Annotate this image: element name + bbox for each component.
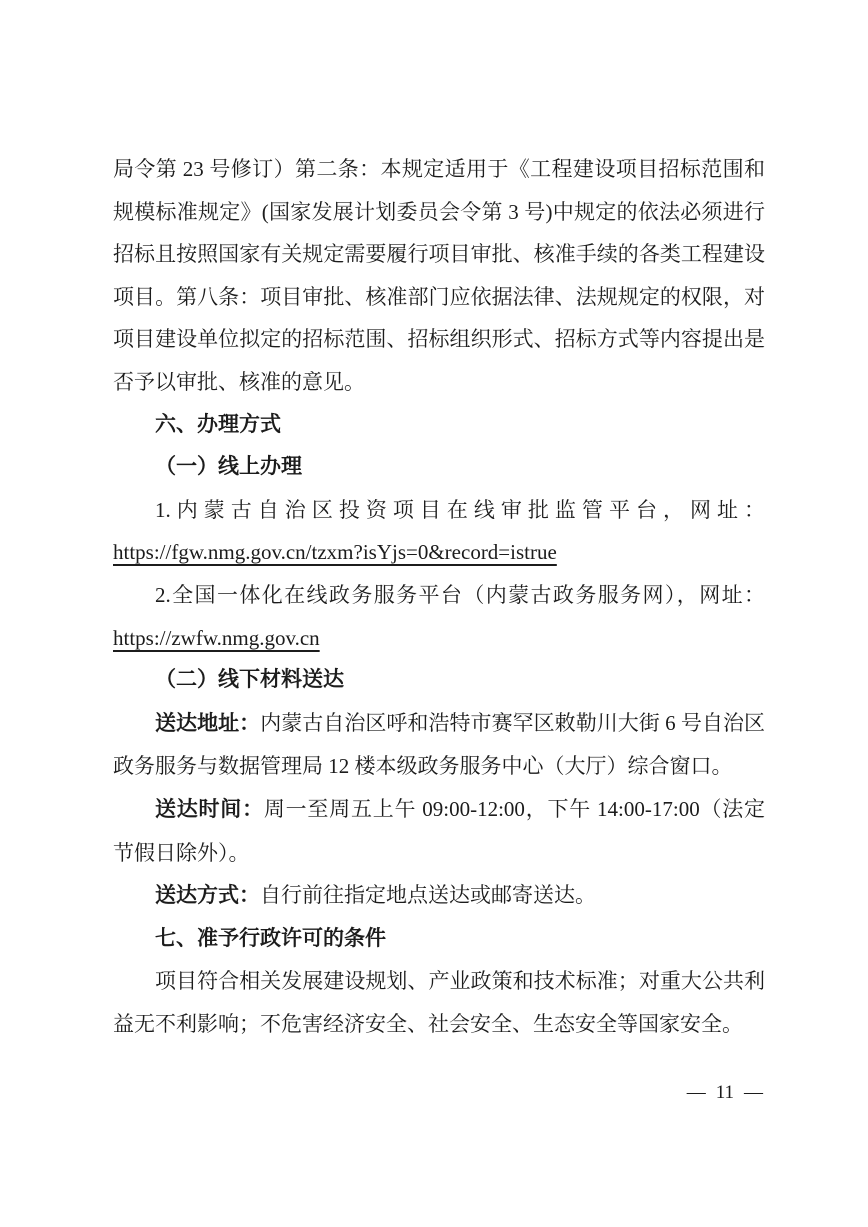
section-heading-6: 六、办理方式 <box>113 404 765 447</box>
body-paragraph-continued: 局令第 23 号修订）第二条：本规定适用于《工程建设项目招标范围和规模标准规定》… <box>113 148 765 404</box>
delivery-time: 送达时间：周一至周五上午 09:00-12:00，下午 14:00-17:00（… <box>113 788 765 874</box>
delivery-method: 送达方式：自行前往指定地点送达或邮寄送达。 <box>113 874 765 918</box>
bold-label: 送达方式： <box>155 884 260 907</box>
bold-label: 送达地址： <box>155 712 260 735</box>
bold-label: 送达时间： <box>155 798 264 821</box>
delivery-address: 送达地址：内蒙古自治区呼和浩特市赛罕区敕勒川大街 6 号自治区政务服务与数据管理… <box>113 702 765 788</box>
link-url[interactable]: https://zwfw.nmg.gov.cn <box>113 626 320 650</box>
text-run: 项目符合相关发展建设规划、产业政策和技术标准；对重大公共利益无不利影响；不危害经… <box>113 969 765 1036</box>
section-heading-7: 七、准予行政许可的条件 <box>113 918 765 961</box>
page-footer: —11— <box>0 1082 768 1104</box>
license-conditions: 项目符合相关发展建设规划、产业政策和技术标准；对重大公共利益无不利影响；不危害经… <box>113 960 765 1045</box>
online-platform-1: 1.内蒙古自治区投资项目在线审批监管平台，网址：https://fgw.nmg.… <box>113 489 765 574</box>
footer-dash-right: — <box>744 1082 763 1103</box>
bold-label: 六、办理方式 <box>155 413 281 436</box>
footer-dash-left: — <box>687 1082 706 1103</box>
bold-label: （二）线下材料送达 <box>155 668 344 691</box>
subsection-heading-online: （一）线上办理 <box>113 446 765 489</box>
online-platform-2: 2.全国一体化在线政务服务平台（内蒙古政务服务网），网址：https://zwf… <box>113 574 765 659</box>
text-run: 局令第 23 号修订）第二条：本规定适用于《工程建设项目招标范围和规模标准规定》… <box>113 157 765 394</box>
bold-label: （一）线上办理 <box>155 455 302 478</box>
link-url[interactable]: https://fgw.nmg.gov.cn/tzxm?isYjs=0&reco… <box>113 540 557 564</box>
document-page: 局令第 23 号修订）第二条：本规定适用于《工程建设项目招标范围和规模标准规定》… <box>0 0 868 1227</box>
bold-label: 七、准予行政许可的条件 <box>155 927 386 950</box>
document-body: 局令第 23 号修订）第二条：本规定适用于《工程建设项目招标范围和规模标准规定》… <box>113 148 765 1045</box>
subsection-heading-offline: （二）线下材料送达 <box>113 659 765 702</box>
text-run: 2.全国一体化在线政务服务平台（内蒙古政务服务网），网址： <box>155 583 765 607</box>
page-number: 11 <box>716 1082 734 1103</box>
text-run: 自行前往指定地点送达或邮寄送达。 <box>260 883 596 907</box>
text-run: 1.内蒙古自治区投资项目在线审批监管平台，网址： <box>155 498 765 522</box>
